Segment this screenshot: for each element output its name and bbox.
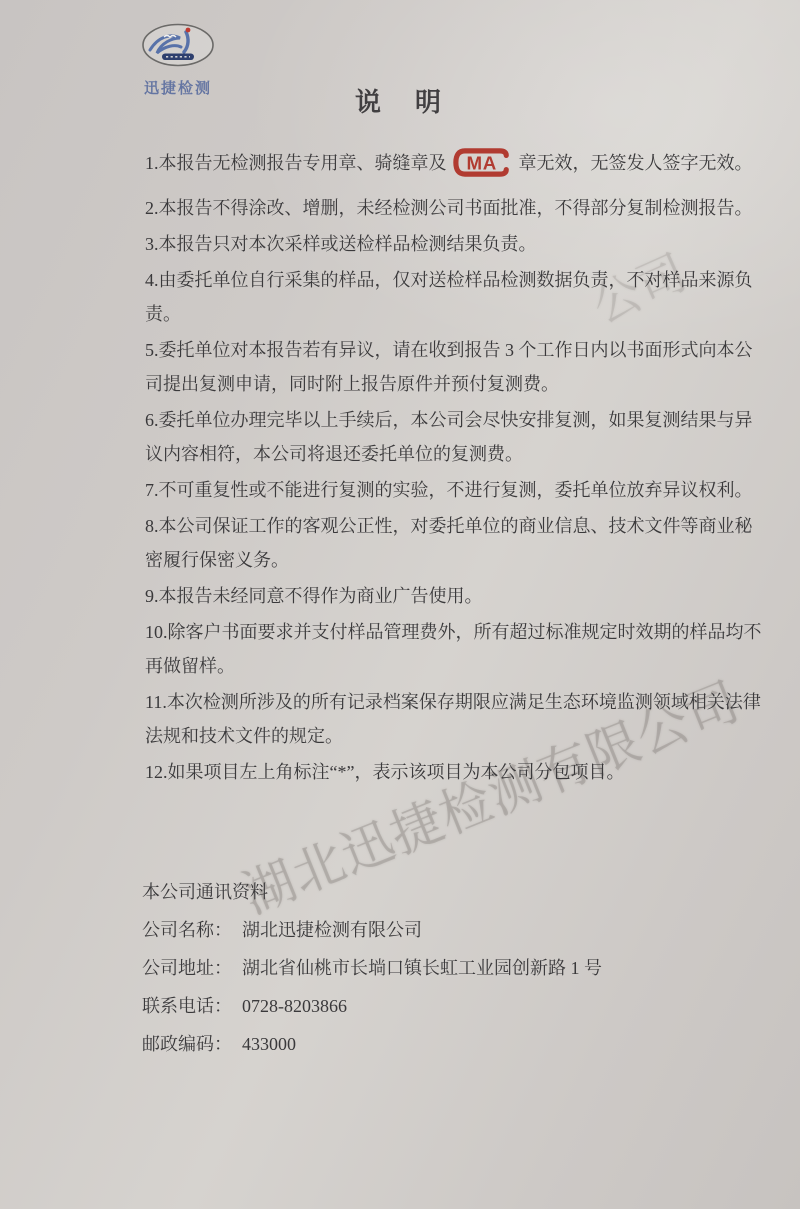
note-item-7: 7.不可重复性或不能进行复测的实验，不进行复测，委托单位放弃异议权利。 — [145, 473, 790, 507]
note-item-6: 6.委托单位办理完毕以上手续后，本公司会尽快安排复测，如果复测结果与异 议内容相… — [145, 403, 790, 471]
note-item-4: 4.由委托单位自行采集的样品，仅对送检样品检测数据负责，不对样品来源负 责。 — [145, 263, 790, 331]
notes-list: 1.本报告无检测报告专用章、骑缝章及MA章无效，无签发人签字无效。 2.本报告不… — [145, 146, 790, 791]
page-title: 说 明 — [0, 82, 800, 119]
report-instructions-page: 湖北迅捷检测有限公司 公司 迅捷检测 说 明 1.本报告无检测报告专用章、骑缝章… — [0, 0, 800, 1209]
contact-label-address: 公司地址： — [142, 958, 232, 978]
contact-value-company-name: 湖北迅捷检测有限公司 — [242, 920, 422, 940]
contact-row-phone: 联系电话：0728-8203866 — [142, 994, 742, 1018]
contact-row-postcode: 邮政编码：433000 — [142, 1032, 742, 1056]
contact-heading: 本公司通讯资料 — [142, 880, 742, 904]
contact-label-company-name: 公司名称： — [142, 920, 232, 940]
note-item-1: 1.本报告无检测报告专用章、骑缝章及MA章无效，无签发人签字无效。 — [145, 146, 790, 189]
cma-mark-icon: MA — [452, 147, 514, 189]
contact-label-phone: 联系电话： — [142, 996, 232, 1016]
contact-row-address: 公司地址：湖北省仙桃市长埫口镇长虹工业园创新路 1 号 — [142, 956, 742, 980]
contact-value-phone: 0728-8203866 — [242, 996, 347, 1016]
contact-section: 本公司通讯资料 公司名称：湖北迅捷检测有限公司 公司地址：湖北省仙桃市长埫口镇长… — [142, 880, 742, 1070]
note-item-8: 8.本公司保证工作的客观公正性，对委托单位的商业信息、技术文件等商业秘 密履行保… — [145, 509, 790, 577]
note-item-2: 2.本报告不得涂改、增删，未经检测公司书面批准，不得部分复制检测报告。 — [145, 191, 790, 225]
note-item-12: 12.如果项目左上角标注“*”，表示该项目为本公司分包项目。 — [145, 755, 790, 789]
logo-emblem-icon — [138, 22, 218, 70]
svg-text:MA: MA — [466, 152, 496, 173]
note-item-11: 11.本次检测所涉及的所有记录档案保存期限应满足生态环境监测领域相关法律 法规和… — [145, 685, 790, 753]
note-item-9: 9.本报告未经同意不得作为商业广告使用。 — [145, 579, 790, 613]
note-item-10: 10.除客户书面要求并支付样品管理费外，所有超过标准规定时效期的样品均不 再做留… — [145, 615, 790, 683]
note-item-3: 3.本报告只对本次采样或送检样品检测结果负责。 — [145, 227, 790, 261]
note-item-5: 5.委托单位对本报告若有异议，请在收到报告 3 个工作日内以书面形式向本公 司提… — [145, 333, 790, 401]
contact-value-postcode: 433000 — [242, 1034, 296, 1054]
contact-value-address: 湖北省仙桃市长埫口镇长虹工业园创新路 1 号 — [242, 958, 602, 978]
note-1-pre: 1.本报告无检测报告专用章、骑缝章及 — [145, 153, 447, 173]
contact-row-company-name: 公司名称：湖北迅捷检测有限公司 — [142, 918, 742, 942]
contact-label-postcode: 邮政编码： — [142, 1034, 232, 1054]
note-1-post: 章无效，无签发人签字无效。 — [519, 153, 753, 173]
